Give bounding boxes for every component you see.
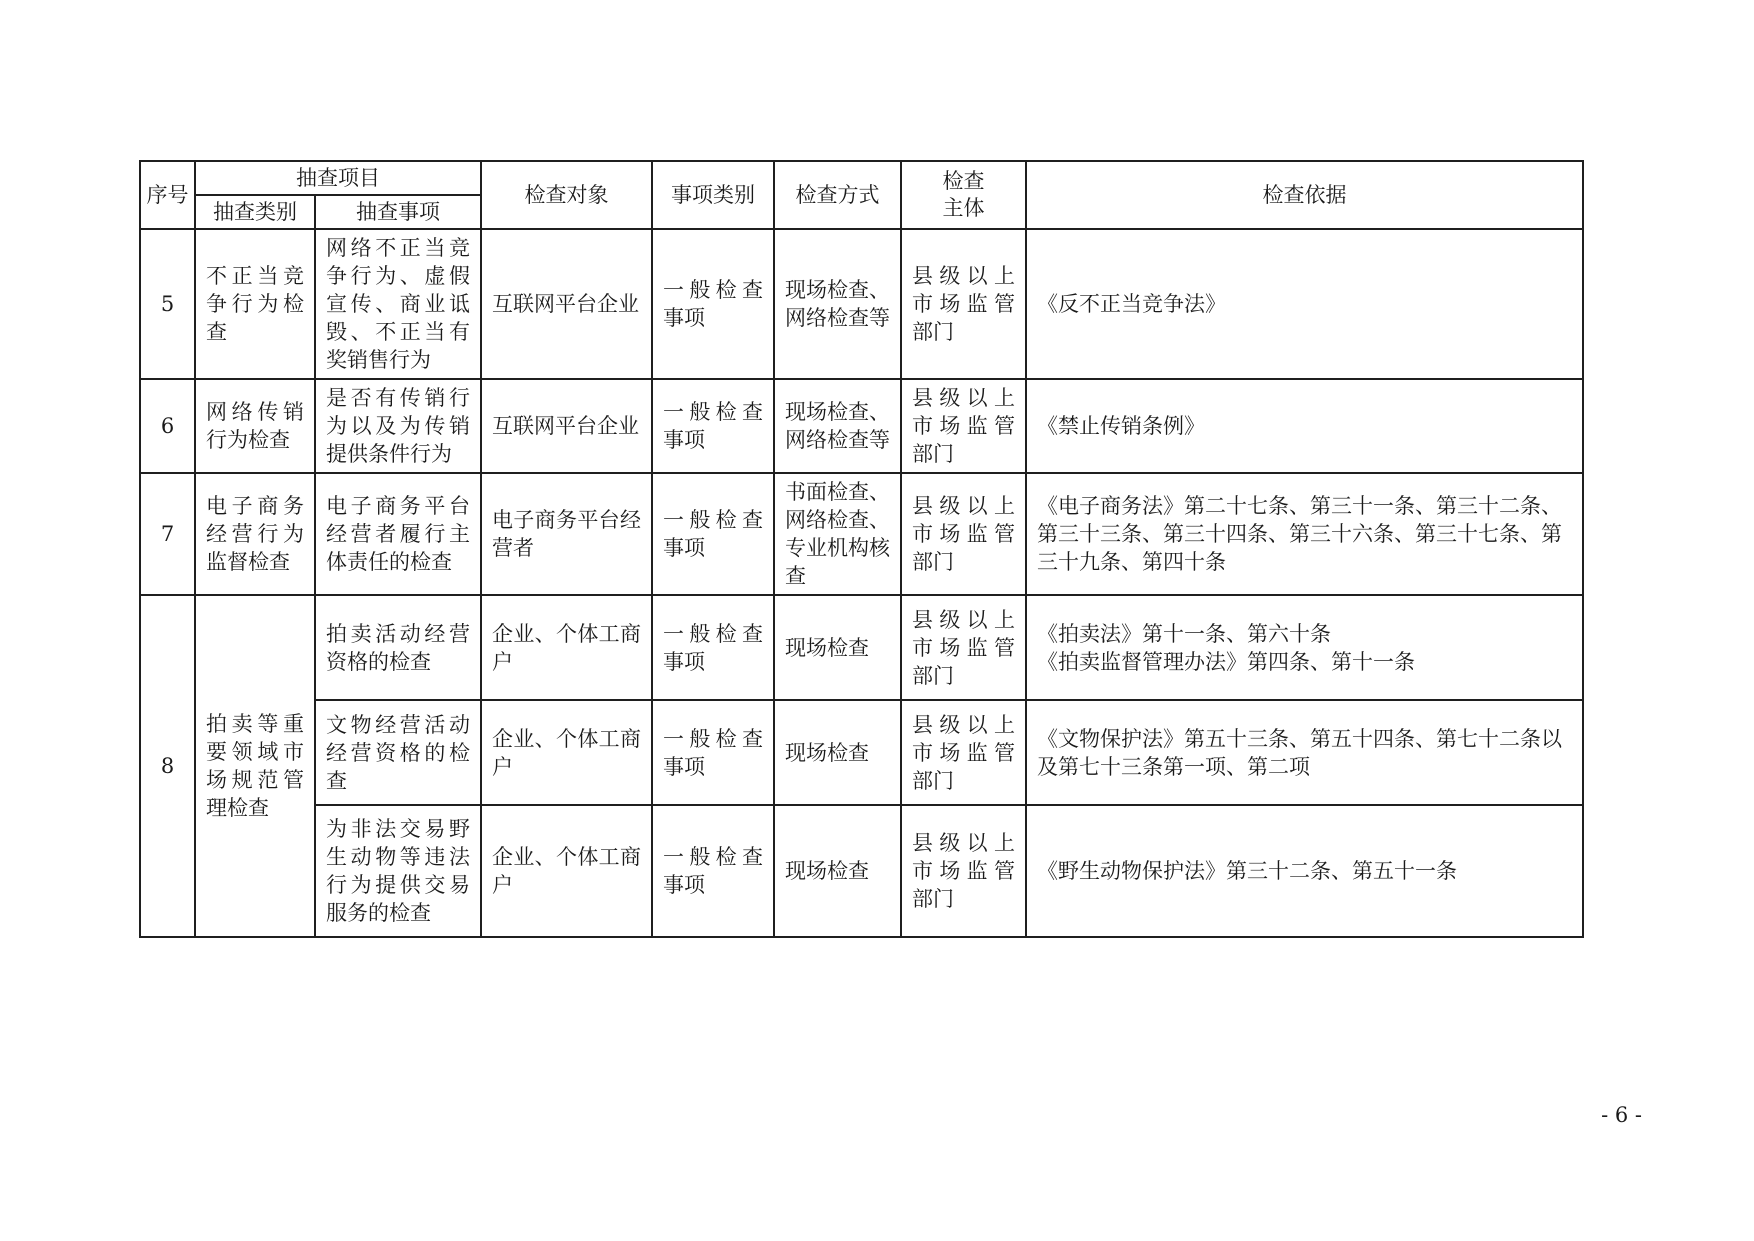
- table-row: 7 电子商务经营行为监督检查 电子商务平台经营者履行主体责任的检查 电子商务平台…: [140, 473, 1583, 595]
- matter-category: 一般检查事项: [652, 229, 774, 379]
- matter-category: 一般检查事项: [652, 595, 774, 700]
- header-serial-number: 序号: [140, 161, 195, 229]
- spot-check-category: 网络传销行为检查: [195, 379, 315, 473]
- spot-check-category: 不正当竞争行为检查: [195, 229, 315, 379]
- table-row: 文物经营活动经营资格的检查 企业、个体工商户 一般检查事项 现场检查 县级以上市…: [140, 700, 1583, 805]
- inspection-target: 企业、个体工商户: [481, 595, 652, 700]
- header-spot-check-category: 抽查类别: [195, 195, 315, 229]
- matter-category: 一般检查事项: [652, 805, 774, 937]
- matter-category: 一般检查事项: [652, 473, 774, 595]
- inspection-subject: 县级以上市场监管部门: [901, 379, 1026, 473]
- inspection-subject: 县级以上市场监管部门: [901, 473, 1026, 595]
- inspection-method: 现场检查: [774, 595, 901, 700]
- table-row: 为非法交易野生动物等违法行为提供交易服务的检查 企业、个体工商户 一般检查事项 …: [140, 805, 1583, 937]
- inspection-subject: 县级以上市场监管部门: [901, 595, 1026, 700]
- inspection-basis: 《拍卖法》第十一条、第六十条 《拍卖监督管理办法》第四条、第十一条: [1026, 595, 1583, 700]
- header-spot-check-project: 抽查项目: [195, 161, 481, 195]
- matter-category: 一般检查事项: [652, 379, 774, 473]
- inspection-basis: 《文物保护法》第五十三条、第五十四条、第七十二条以及第七十三条第一项、第二项: [1026, 700, 1583, 805]
- inspection-subject: 县级以上市场监管部门: [901, 805, 1026, 937]
- inspection-target: 企业、个体工商户: [481, 805, 652, 937]
- inspection-subject: 县级以上市场监管部门: [901, 229, 1026, 379]
- spot-check-matter: 是否有传销行为以及为传销提供条件行为: [315, 379, 481, 473]
- header-inspection-basis: 检查依据: [1026, 161, 1583, 229]
- inspection-basis: 《野生动物保护法》第三十二条、第五十一条: [1026, 805, 1583, 937]
- serial-number: 5: [140, 229, 195, 379]
- header-inspection-target: 检查对象: [481, 161, 652, 229]
- inspection-method: 现场检查: [774, 805, 901, 937]
- header-spot-check-matter: 抽查事项: [315, 195, 481, 229]
- inspection-method: 书面检查、网络检查、专业机构核查: [774, 473, 901, 595]
- inspection-target: 互联网平台企业: [481, 379, 652, 473]
- table-row: 5 不正当竞争行为检查 网络不正当竞争行为、虚假宣传、商业诋毁、不正当有奖销售行…: [140, 229, 1583, 379]
- inspection-basis: 《禁止传销条例》: [1026, 379, 1583, 473]
- inspection-subject: 县级以上市场监管部门: [901, 700, 1026, 805]
- table-row: 6 网络传销行为检查 是否有传销行为以及为传销提供条件行为 互联网平台企业 一般…: [140, 379, 1583, 473]
- table-row: 8 拍卖等重要领域市场规范管理检查 拍卖活动经营资格的检查 企业、个体工商户 一…: [140, 595, 1583, 700]
- spot-check-category: 拍卖等重要领域市场规范管理检查: [195, 595, 315, 937]
- serial-number: 6: [140, 379, 195, 473]
- spot-check-matter: 电子商务平台经营者履行主体责任的检查: [315, 473, 481, 595]
- table-header: 序号 抽查项目 检查对象 事项类别 检查方式 检查 主体 检查依据 抽查类别 抽…: [140, 161, 1583, 229]
- spot-check-matter: 网络不正当竞争行为、虚假宣传、商业诋毁、不正当有奖销售行为: [315, 229, 481, 379]
- inspection-target: 电子商务平台经营者: [481, 473, 652, 595]
- inspection-basis: 《电子商务法》第二十七条、第三十一条、第三十二条、第三十三条、第三十四条、第三十…: [1026, 473, 1583, 595]
- header-inspection-subject: 检查 主体: [901, 161, 1026, 229]
- inspection-target: 企业、个体工商户: [481, 700, 652, 805]
- inspection-method: 现场检查: [774, 700, 901, 805]
- inspection-method: 现场检查、网络检查等: [774, 229, 901, 379]
- document-page: 序号 抽查项目 检查对象 事项类别 检查方式 检查 主体 检查依据 抽查类别 抽…: [0, 0, 1754, 1241]
- spot-check-matter: 文物经营活动经营资格的检查: [315, 700, 481, 805]
- inspection-method: 现场检查、网络检查等: [774, 379, 901, 473]
- page-number: - 6 -: [1601, 1103, 1642, 1127]
- spot-check-matter: 为非法交易野生动物等违法行为提供交易服务的检查: [315, 805, 481, 937]
- inspection-target: 互联网平台企业: [481, 229, 652, 379]
- spot-check-matter: 拍卖活动经营资格的检查: [315, 595, 481, 700]
- spot-check-category: 电子商务经营行为监督检查: [195, 473, 315, 595]
- matter-category: 一般检查事项: [652, 700, 774, 805]
- inspection-items-table: 序号 抽查项目 检查对象 事项类别 检查方式 检查 主体 检查依据 抽查类别 抽…: [139, 160, 1584, 938]
- serial-number: 7: [140, 473, 195, 595]
- inspection-basis: 《反不正当竞争法》: [1026, 229, 1583, 379]
- header-matter-category: 事项类别: [652, 161, 774, 229]
- serial-number: 8: [140, 595, 195, 937]
- header-inspection-method: 检查方式: [774, 161, 901, 229]
